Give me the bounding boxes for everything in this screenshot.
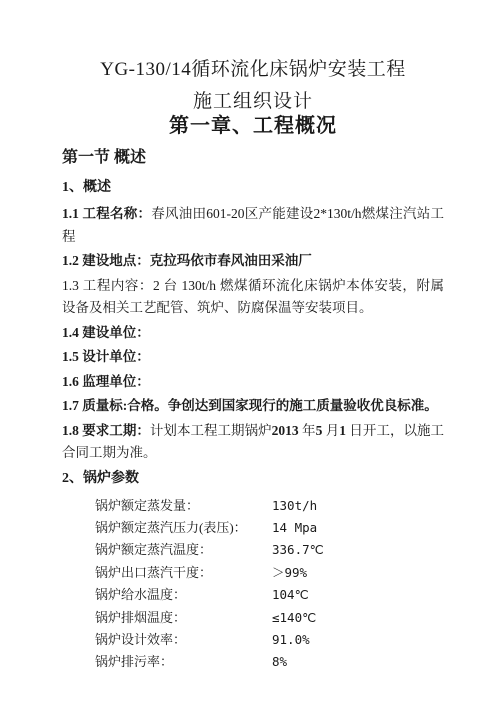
overview-item: 1.5 设计单位： bbox=[62, 346, 444, 369]
overview-item: 1.7 质量标:合格。争创达到国家现行的施工质量验收优良标准。 bbox=[62, 395, 444, 418]
boiler-params-heading: 2、锅炉参数 bbox=[62, 469, 444, 488]
overview-item-text: 1.7 质量标:合格。争创达到国家现行的施工质量验收优良标准。 bbox=[62, 398, 438, 413]
overview-item-text: 月 bbox=[322, 423, 339, 438]
overview-item: 1.4 建设单位： bbox=[62, 322, 444, 345]
param-value: 8% bbox=[272, 651, 287, 673]
param-value: 14 Mpa bbox=[272, 517, 317, 539]
boiler-param-list: 锅炉额定蒸发量：130t/h锅炉额定蒸汽压力(表压)：14 Mpa锅炉额定蒸汽温… bbox=[62, 495, 444, 674]
param-label: 锅炉额定蒸发量： bbox=[95, 495, 272, 517]
param-label: 锅炉额定蒸汽压力(表压)： bbox=[95, 517, 272, 539]
param-row: 锅炉额定蒸发量：130t/h bbox=[62, 495, 444, 517]
overview-item: 1.2 建设地点：克拉玛依市春风油田采油厂 bbox=[62, 250, 444, 273]
overview-item-text: 1 bbox=[339, 423, 346, 438]
overview-item: 1.6 监理单位： bbox=[62, 371, 444, 394]
param-label: 锅炉排烟温度： bbox=[95, 607, 272, 629]
document-page: YG-130/14循环流化床锅炉安装工程 施工组织设计 第一章、工程概况 第一节… bbox=[0, 0, 500, 707]
param-row: 锅炉额定蒸汽压力(表压)：14 Mpa bbox=[62, 517, 444, 539]
param-value: 104℃ bbox=[272, 584, 309, 606]
overview-item-text: 年 bbox=[299, 423, 316, 438]
param-label: 锅炉额定蒸汽温度： bbox=[95, 539, 272, 561]
param-row: 锅炉出口蒸汽干度：＞99% bbox=[62, 562, 444, 584]
overview-item-list: 1.1 工程名称：春风油田601-20区产能建设2*130t/h燃煤注汽站工程1… bbox=[62, 203, 444, 465]
overview-heading: 1、概述 bbox=[62, 178, 444, 197]
overview-item-text: 1.3 工程内容：2 台 130t/h 燃煤循环流化床锅炉本体安装，附属设备及相… bbox=[62, 278, 444, 316]
param-row: 锅炉额定蒸汽温度：336.7℃ bbox=[62, 539, 444, 561]
section-heading: 第一节 概述 bbox=[62, 147, 444, 169]
overview-item-text: 2013 bbox=[272, 423, 299, 438]
param-row: 锅炉给水温度：104℃ bbox=[62, 584, 444, 606]
overview-item-text: 1.4 建设单位： bbox=[62, 325, 150, 340]
param-label: 锅炉出口蒸汽干度： bbox=[95, 562, 272, 584]
param-row: 锅炉设计效率：91.0% bbox=[62, 629, 444, 651]
overview-item-text: 计划本工程工期锅炉 bbox=[150, 423, 272, 438]
overview-item-text: 克拉玛依市春风油田采油厂 bbox=[150, 253, 312, 268]
overview-item-text: 1.2 建设地点： bbox=[62, 253, 150, 268]
param-value: 336.7℃ bbox=[272, 539, 324, 561]
overview-item-text: 1.6 监理单位： bbox=[62, 374, 150, 389]
param-row: 锅炉排污率：8% bbox=[62, 651, 444, 673]
param-label: 锅炉排污率： bbox=[95, 651, 272, 673]
param-label: 锅炉设计效率： bbox=[95, 629, 272, 651]
param-value: 91.0% bbox=[272, 629, 310, 651]
overview-item-text: 1.1 工程名称： bbox=[62, 206, 151, 221]
chapter-heading: 第一章、工程概况 bbox=[62, 114, 444, 139]
param-row: 锅炉排烟温度：≤140℃ bbox=[62, 607, 444, 629]
param-value: ＞99% bbox=[272, 562, 307, 584]
param-label: 锅炉给水温度： bbox=[95, 584, 272, 606]
overview-item: 1.3 工程内容：2 台 130t/h 燃煤循环流化床锅炉本体安装，附属设备及相… bbox=[62, 275, 444, 320]
overview-item: 1.1 工程名称：春风油田601-20区产能建设2*130t/h燃煤注汽站工程 bbox=[62, 203, 444, 248]
param-value: 130t/h bbox=[272, 495, 317, 517]
overview-item-text: 1.5 设计单位： bbox=[62, 349, 150, 364]
param-value: ≤140℃ bbox=[272, 607, 316, 629]
document-subtitle: 施工组织设计 bbox=[62, 90, 444, 113]
document-title: YG-130/14循环流化床锅炉安装工程 bbox=[62, 58, 444, 81]
overview-item: 1.8 要求工期：计划本工程工期锅炉2013 年5 月1 日开工，以施工合同工期… bbox=[62, 420, 444, 465]
overview-item-text: 1.8 要求工期： bbox=[62, 423, 150, 438]
